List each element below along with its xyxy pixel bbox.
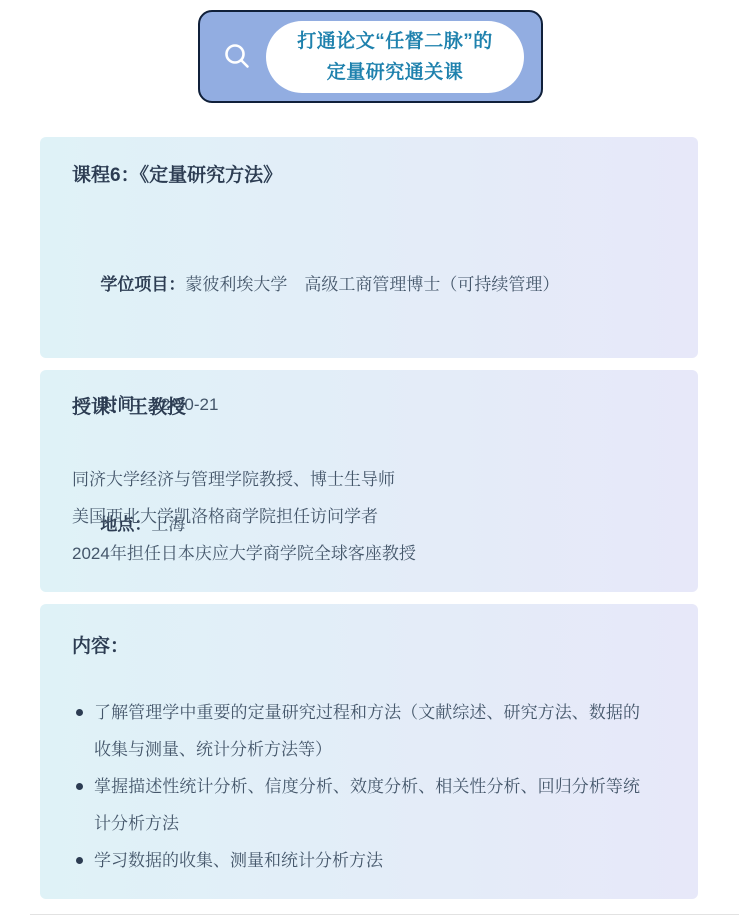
badge-title-line1: 打通论文“任督二脉”的 [266, 26, 524, 57]
header-search-badge: 打通论文“任督二脉”的 定量研究通关课 [198, 10, 543, 103]
content-bullet-list: 了解管理学中重要的定量研究过程和方法（文献综述、研究方法、数据的收集与测量、统计… [72, 694, 668, 879]
content-bullet: 了解管理学中重要的定量研究过程和方法（文献综述、研究方法、数据的收集与测量、统计… [72, 694, 640, 768]
instructor-card: 授课：王教授 同济大学经济与管理学院教授、博士生导师 美国西北大学凯洛格商学院担… [40, 370, 698, 592]
instructor-bio-line: 同济大学经济与管理学院教授、博士生导师 [72, 461, 668, 498]
instructor-bio-line: 2024年担任日本庆应大学商学院全球客座教授 [72, 535, 668, 572]
course-info-card: 课程6：《定量研究方法》 学位项目：蒙彼利埃大学 高级工商管理博士（可持续管理）… [40, 137, 698, 358]
course-title: 课程6：《定量研究方法》 [72, 163, 668, 189]
degree-program-label: 学位项目： [100, 275, 185, 294]
instructor-title: 授课：王教授 [72, 395, 668, 421]
instructor-bio-line: 美国西北大学凯洛格商学院担任访问学者 [72, 498, 668, 535]
content-bullet: 掌握描述性统计分析、信度分析、效度分析、相关性分析、回归分析等统计分析方法 [72, 768, 640, 842]
content-card: 内容： 了解管理学中重要的定量研究过程和方法（文献综述、研究方法、数据的收集与测… [40, 604, 698, 899]
content-title: 内容： [72, 634, 668, 660]
badge-title-line2: 定量研究通关课 [266, 57, 524, 88]
course-badge-pill: 打通论文“任督二脉”的 定量研究通关课 [266, 21, 524, 93]
degree-program-line: 学位项目：蒙彼利埃大学 高级工商管理博士（可持续管理） [72, 225, 668, 345]
degree-program-value: 蒙彼利埃大学 高级工商管理博士（可持续管理） [185, 275, 559, 294]
flyer-page: 打通论文“任督二脉”的 定量研究通关课 课程6：《定量研究方法》 学位项目：蒙彼… [0, 0, 739, 920]
content-bullet: 学习数据的收集、测量和统计分析方法 [72, 842, 640, 879]
search-icon [222, 42, 252, 72]
bottom-divider [30, 914, 739, 915]
